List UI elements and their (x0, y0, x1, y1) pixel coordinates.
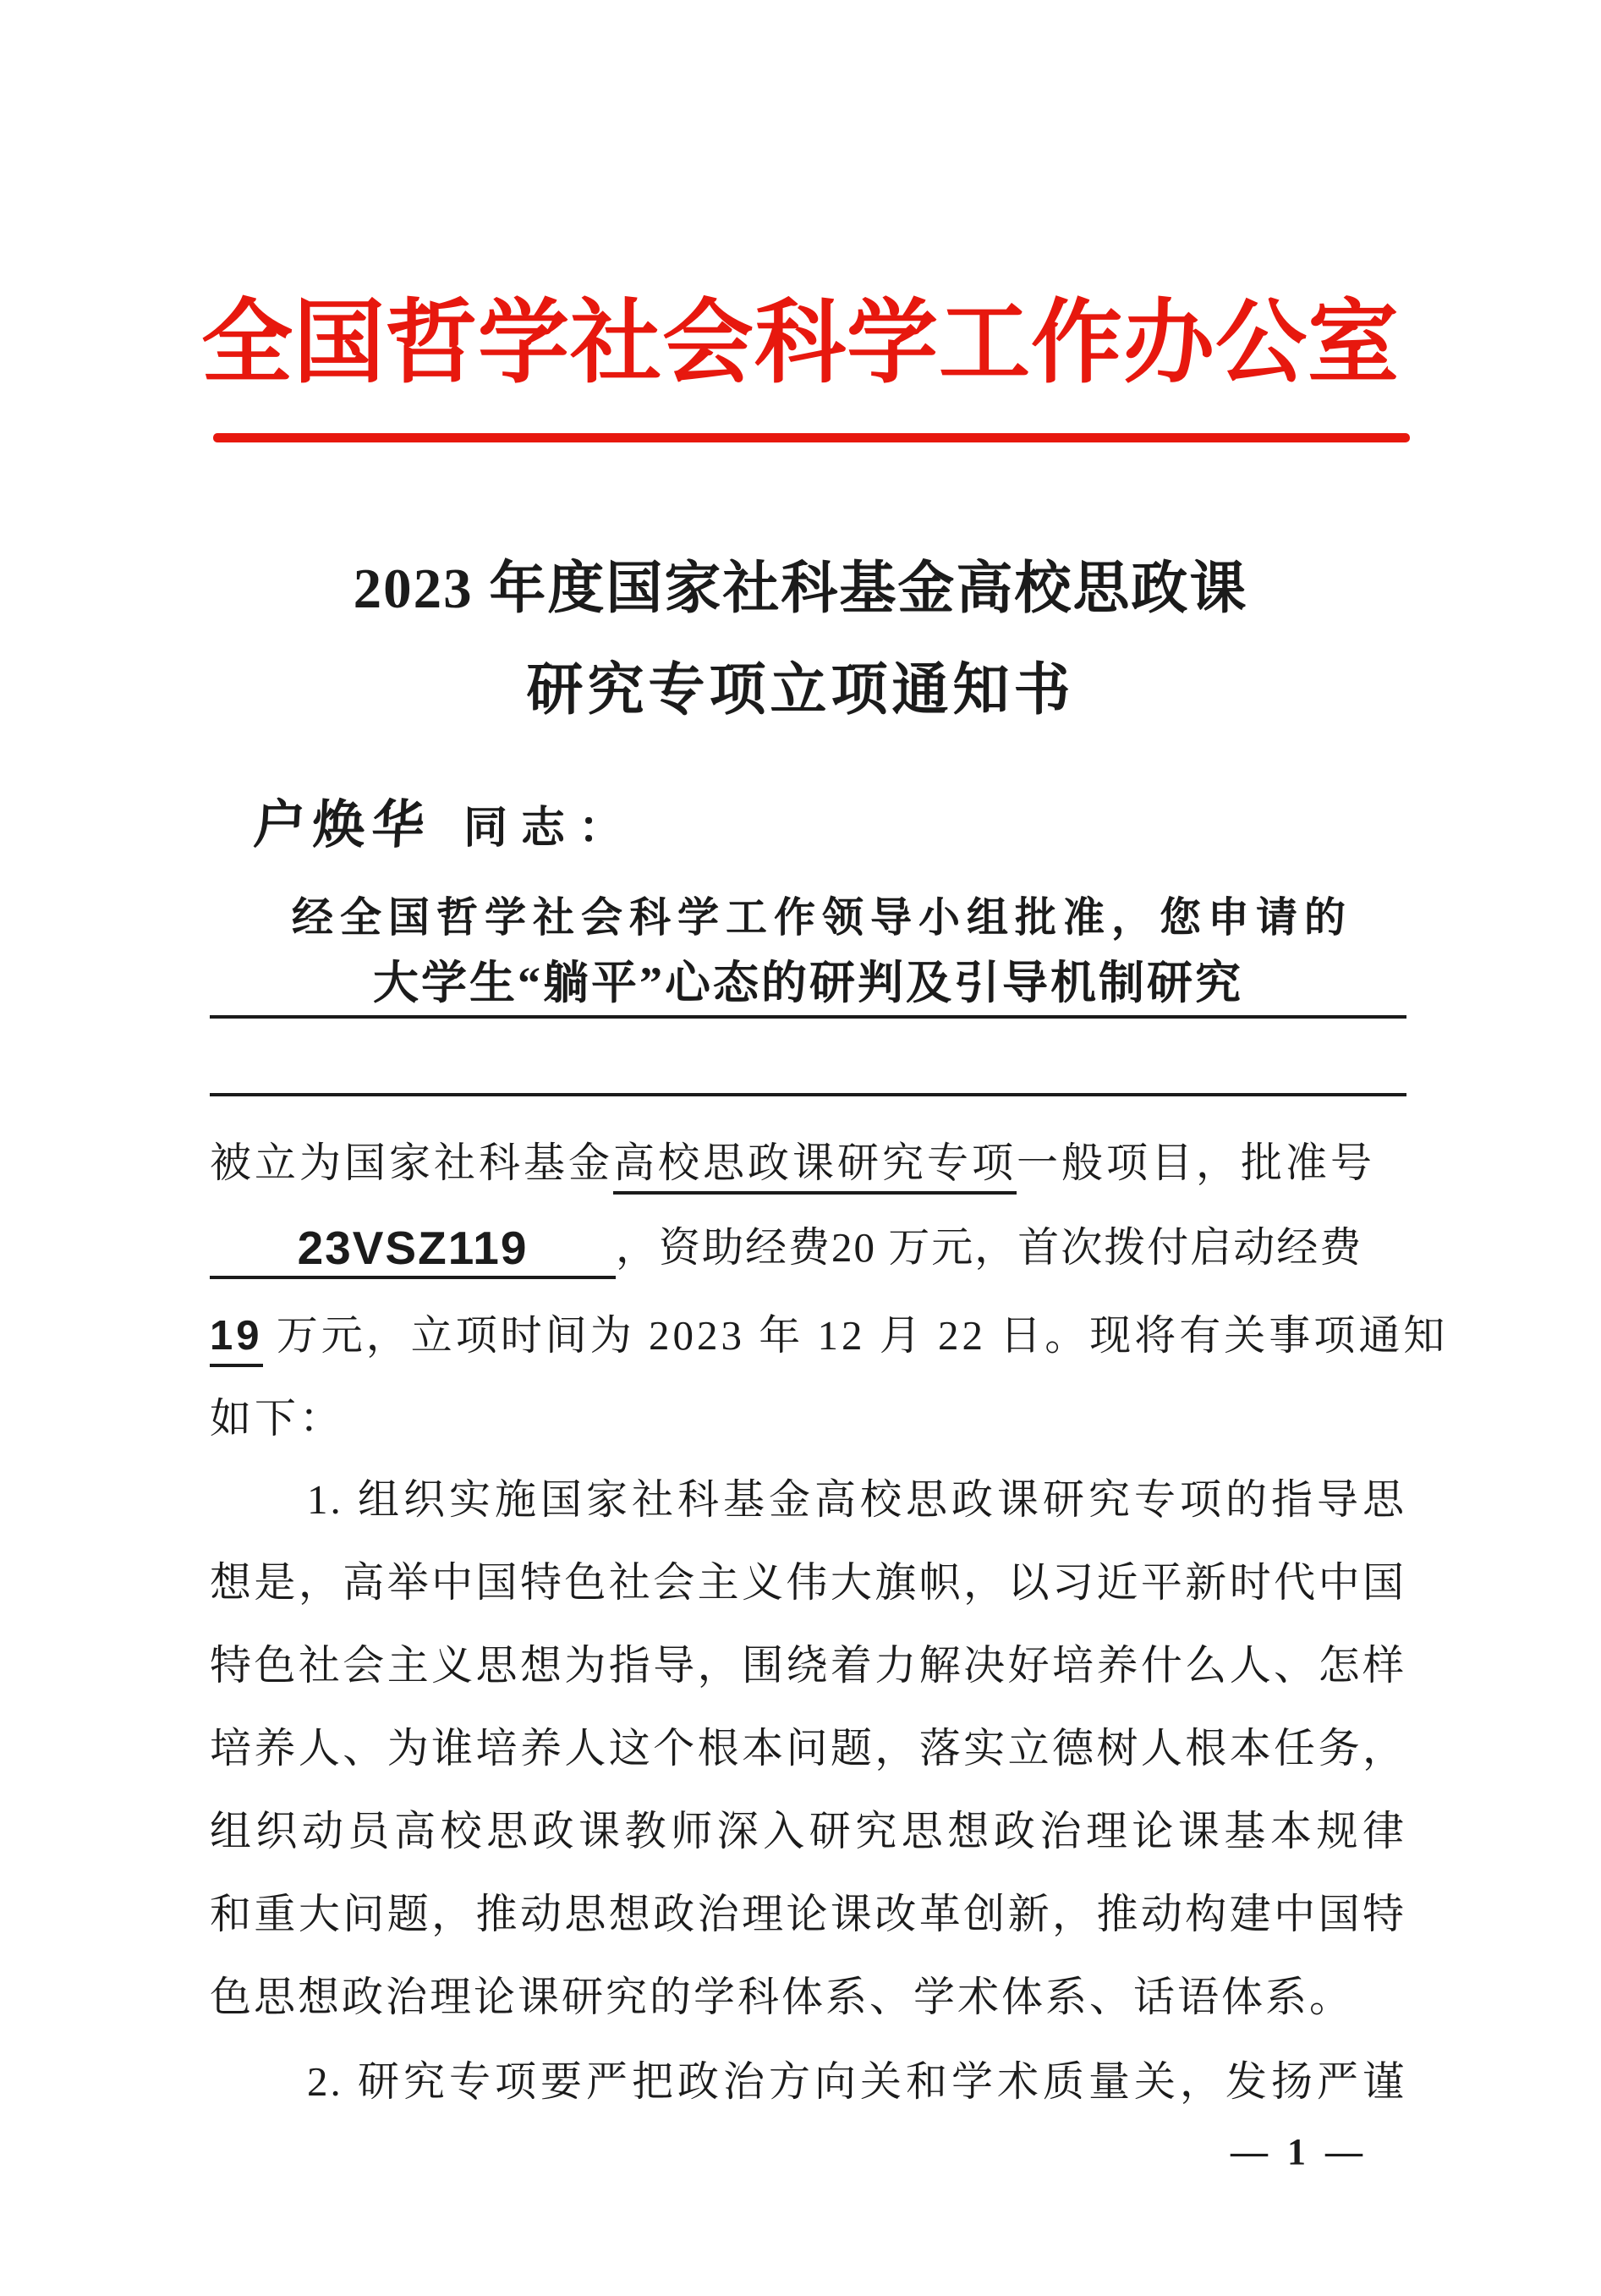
approval-line-3: 19 万元，立项时间为 2023 年 12 月 22 日。现将有关事项通知 (210, 1305, 1406, 1367)
doc-title-line1: 2023 年度国家社科基金高校思政课 (0, 543, 1601, 624)
doc-title-line2: 研究专项立项通知书 (0, 645, 1601, 726)
notice-document-page: 全国哲学社会科学工作办公室 2023 年度国家社科基金高校思政课 研究专项立项通… (0, 0, 1601, 2296)
item1-line-4: 培养人、为谁培养人这个根本问题，落实立德树人根本任务， (210, 1717, 1406, 1780)
item1-line-1: 1. 组织实施国家社科基金高校思政课研究专项的指导思 (210, 1469, 1406, 1531)
project-title: 大学生“躺平”心态的研判及引导机制研究 (210, 951, 1406, 1019)
letterhead-red-rule (213, 433, 1410, 442)
item1-line-3: 特色社会主义思想为指导，围绕着力解决好培养什么人、怎样 (210, 1634, 1406, 1697)
approval-line-1-pre: 被立为国家社科基金 (210, 1140, 613, 1186)
approval-line-1: 被立为国家社科基金高校思政课研究专项一般项目，批准号 (210, 1132, 1406, 1195)
intro-line: 经全国哲学社会科学工作领导小组批准，您申请的 (292, 887, 1417, 949)
approval-line-4: 如下： (210, 1387, 1406, 1450)
item1-line-7: 色思想政治理论课研究的学科体系、学术体系、话语体系。 (210, 1966, 1406, 2029)
item1-line-2: 想是，高举中国特色社会主义伟大旗帜，以习近平新时代中国 (210, 1552, 1406, 1614)
letterhead-org-title: 全国哲学社会科学工作办公室 (0, 269, 1601, 400)
page-number: — 1 — (1231, 2130, 1368, 2173)
approval-line-2-rest: ，资助经费20 万元，首次拨付启动经费 (616, 1224, 1362, 1271)
approval-line-3-rest: 万元，立项时间为 2023 年 12 月 22 日。现将有关事项通知 (263, 1312, 1449, 1359)
recipient-name: 户焕华 (252, 783, 434, 858)
blank-fill-line (210, 1093, 1406, 1096)
approval-line-2: 23VSZ119，资助经费20 万元，首次拨付启动经费 (210, 1217, 1406, 1279)
approval-line-1-post: 一般项目，批准号 (1017, 1140, 1375, 1186)
salutation-suffix: 同志： (463, 805, 636, 853)
item2-line-1: 2. 研究专项要严把政治方向关和学术质量关，发扬严谨 (210, 2051, 1406, 2113)
salutation: 户焕华同志： (254, 783, 636, 858)
item1-line-6: 和重大问题，推动思想政治理论课改革创新，推动构建中国特 (210, 1883, 1406, 1946)
item1-line-5: 组织动员高校思政课教师深入研究思想政治理论课基本规律 (210, 1800, 1406, 1863)
grant-number-blank: 23VSZ119 (210, 1220, 616, 1279)
special-project-underlined: 高校思政课研究专项 (613, 1140, 1017, 1195)
first-payment-amount-underlined: 19 (210, 1313, 263, 1367)
